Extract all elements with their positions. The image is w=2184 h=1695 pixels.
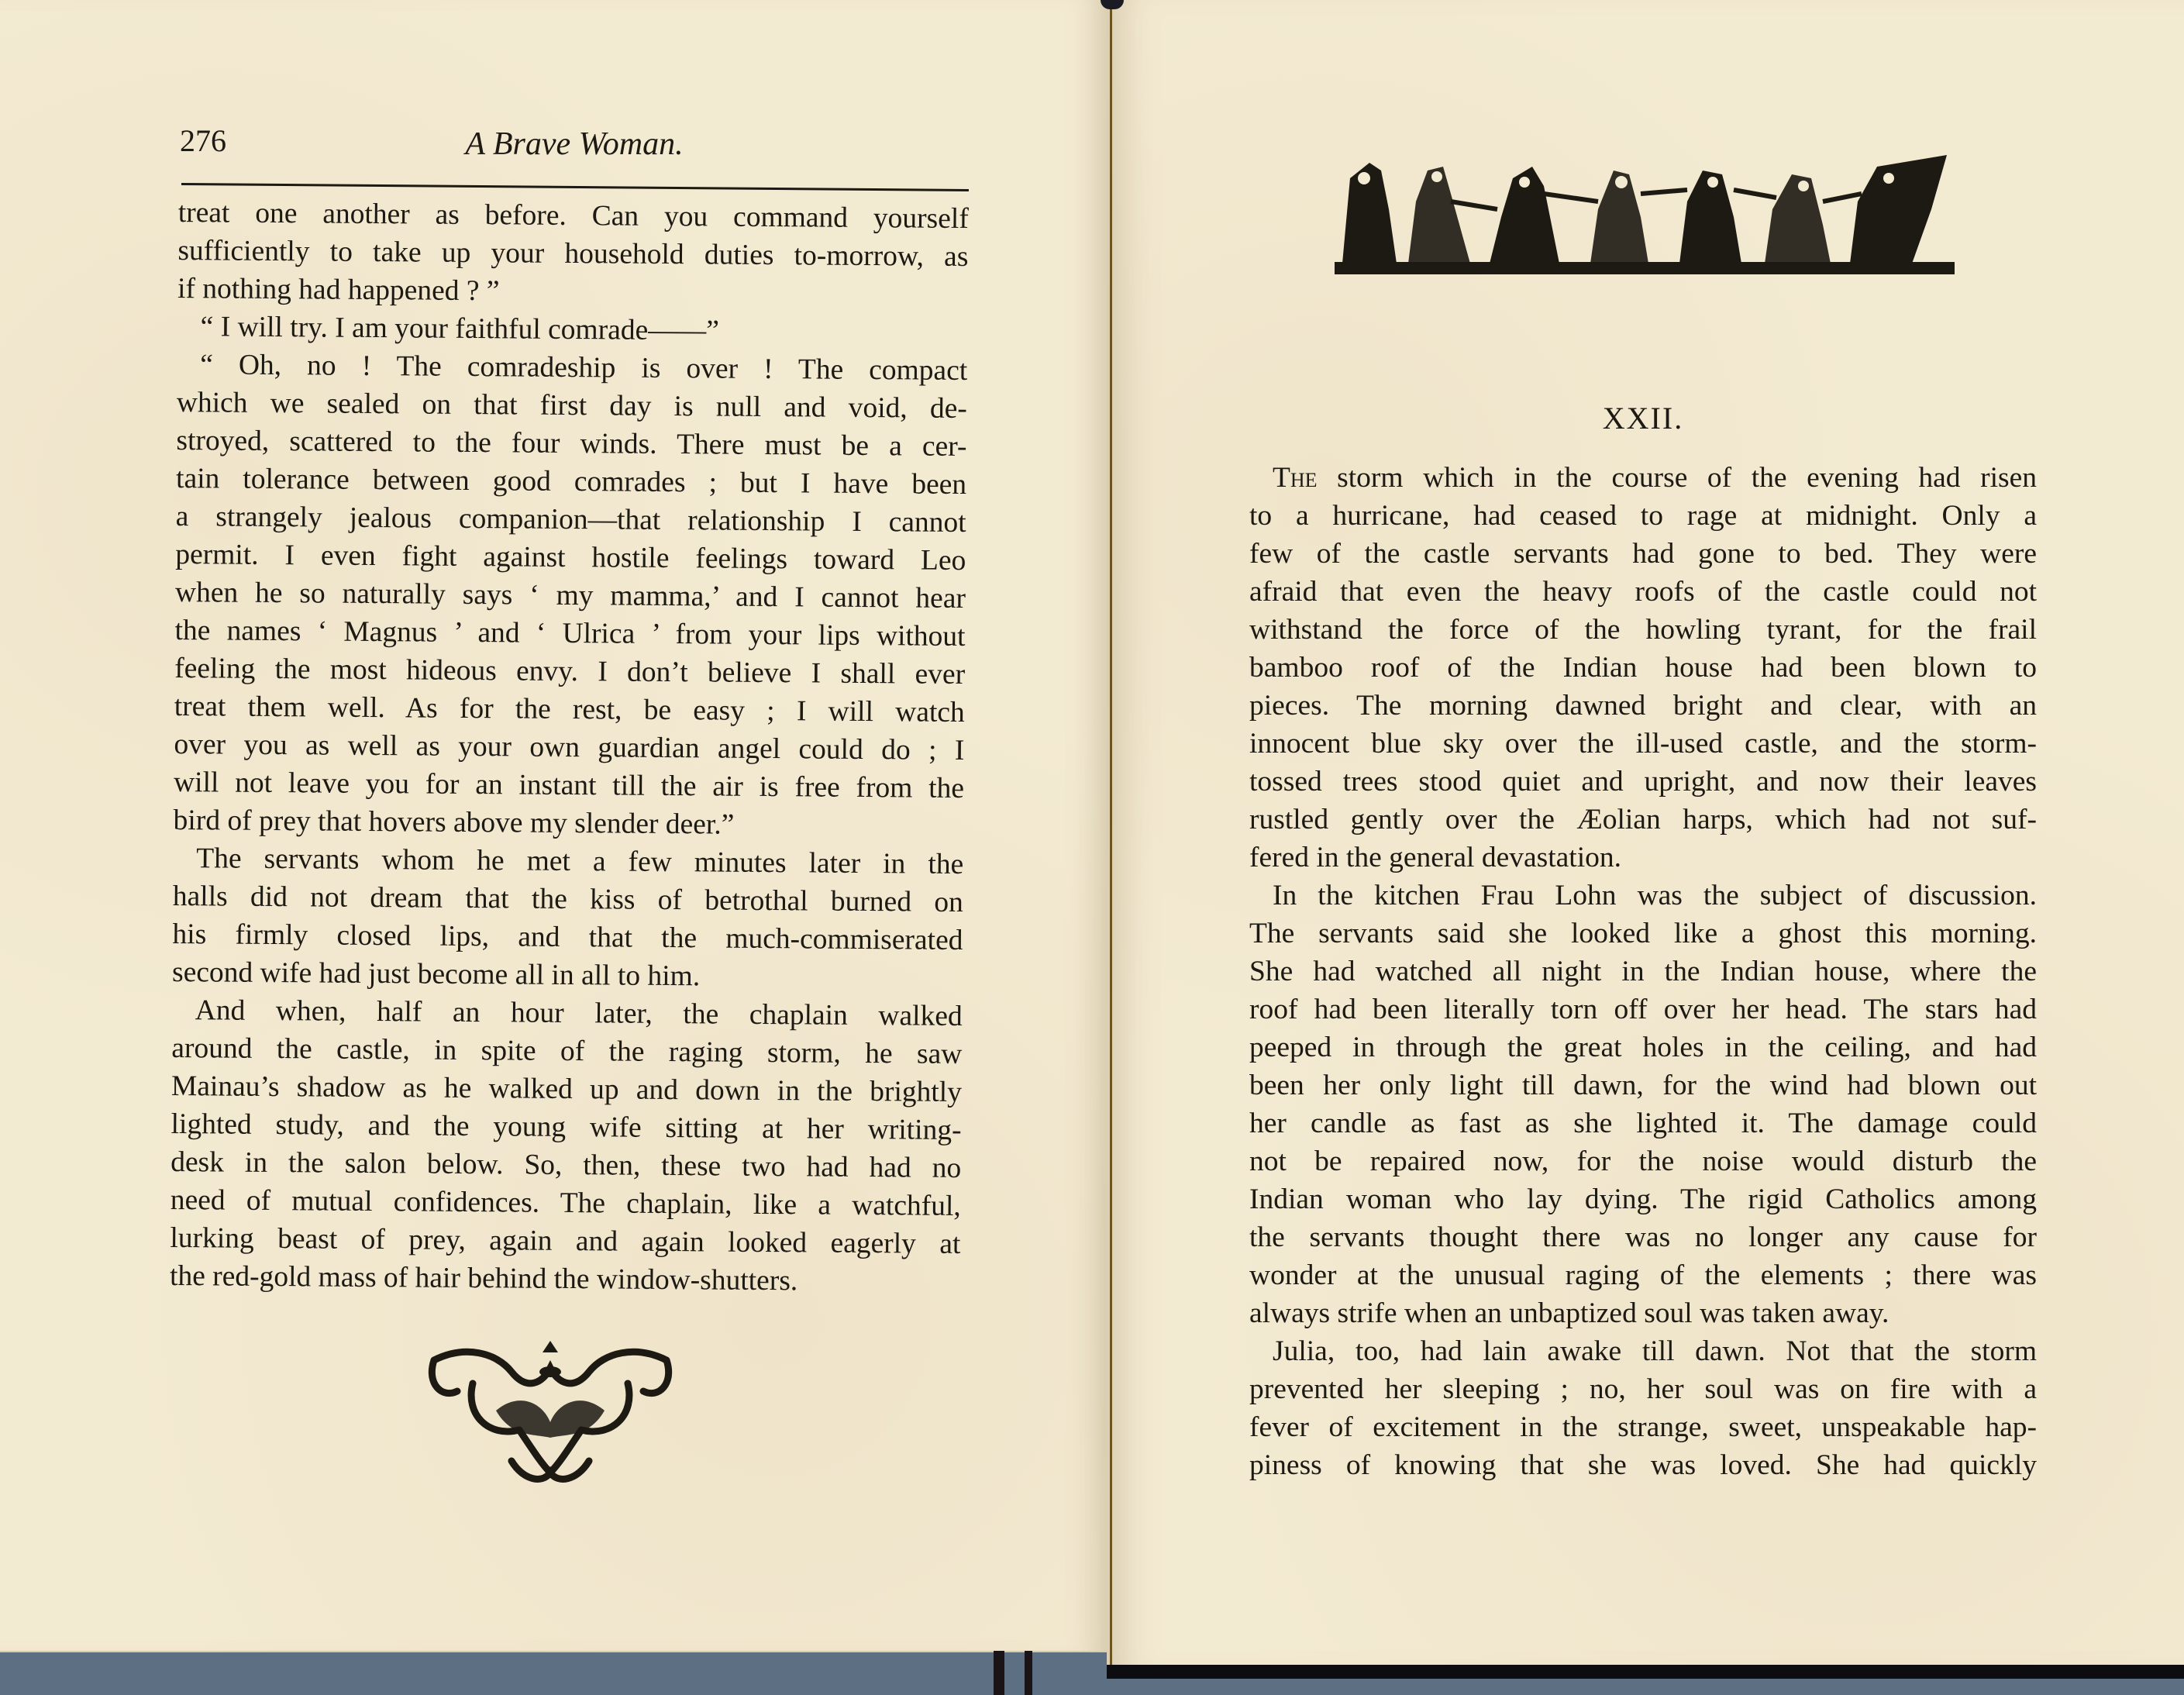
text-line: “ I will try. I am your faithful comrade… [177,308,967,352]
text-line: rustled gently over the Æolian harps, wh… [1249,801,2037,839]
text-line: bird of prey that hovers above my slende… [173,801,963,846]
text-line: his firmly closed lips, and that the muc… [172,915,963,959]
text-line: The storm which in the course of the eve… [1249,459,2037,497]
text-line: been her only light till dawn, for the w… [1249,1066,2037,1104]
text-line: her candle as fast as she lighted it. Th… [1249,1104,2037,1142]
text-line: around the castle, in spite of the ragin… [171,1029,962,1073]
text-line: tain tolerance between good comrades ; b… [176,460,966,504]
running-head: 276 A Brave Woman. [180,122,969,169]
text-line: fever of excitement in the strange, swee… [1249,1408,2037,1446]
text-line: peeped in through the great holes in the… [1249,1028,2037,1066]
chapter-title: XXII. [1249,400,2037,436]
text-line: need of mutual confidences. The chaplain… [171,1181,961,1225]
text-line: sufficiently to take up your household d… [177,232,968,276]
text-line: halls did not dream that the kiss of bet… [173,877,963,922]
text-line: roof had been literally torn off over he… [1249,990,2037,1028]
text-line: the red-gold mass of hair behind the win… [170,1257,960,1301]
text-line: when he so naturally says ‘ my mamma,’ a… [175,574,966,618]
opening-smallcaps: The [1273,462,1318,494]
text-line: the servants thought there was no longer… [1249,1218,2037,1256]
text-line: the names ‘ Magnus ’ and ‘ Ulrica ’ from… [174,612,965,656]
text-line: Julia, too, had lain awake till dawn. No… [1249,1332,2037,1370]
text-line: wonder at the unusual raging of the elem… [1249,1256,2037,1294]
text-line: treat them well. As for the rest, be eas… [174,687,965,732]
book-gutter [1110,0,1112,1666]
text-line: pieces. The morning dawned bright and cl… [1249,687,2037,725]
text-line: She had watched all night in the Indian … [1249,953,2037,990]
text-line: The servants whom he met a few minutes l… [173,839,963,884]
text-line: always strife when an unbaptized soul wa… [1249,1294,2037,1332]
running-title: A Brave Woman. [180,126,969,163]
text-line: a strangely jealous companion—that relat… [176,498,966,542]
text-line: afraid that even the heavy roofs of the … [1249,573,2037,611]
text-line: feeling the most hideous envy. I don’t b… [174,649,965,694]
text-line: permit. I even fight against hostile fee… [175,536,966,580]
text-line: withstand the force of the howling tyran… [1249,611,2037,649]
text-line: lurking beast of prey, again and again l… [170,1219,960,1263]
text-line: In the kitchen Frau Lohn was the subject… [1249,877,2037,915]
text-line: if nothing had happened ? ” [177,270,968,314]
text-line: bamboo roof of the Indian house had been… [1249,649,2037,687]
text-line: will not leave you for an instant till t… [174,763,964,808]
text-line: piness of knowing that she was loved. Sh… [1249,1446,2037,1484]
bookmark-ribbon [994,1651,1004,1695]
text-line: fered in the general devastation. [1249,839,2037,877]
text-line: stroyed, scattered to the four winds. Th… [176,422,966,466]
text-line: to a hurricane, had ceased to rage at mi… [1249,497,2037,535]
right-page-body: The storm which in the course of the eve… [1249,459,2037,1484]
text-line: desk in the salon below. So, then, these… [171,1143,961,1187]
left-page-body: treat one another as before. Can you com… [170,194,969,1301]
text-line: And when, half an hour later, the chapla… [172,991,963,1035]
text-line: treat one another as before. Can you com… [178,194,969,238]
text-line: tossed trees stood quiet and upright, an… [1249,763,2037,801]
text-line: The servants said she looked like a ghos… [1249,915,2037,953]
text-line: Indian woman who lay dying. The rigid Ca… [1249,1180,2037,1218]
text-line: over you as well as your own guardian an… [174,725,964,770]
text-line: few of the castle servants had gone to b… [1249,535,2037,573]
text-line: prevented her sleeping ; no, her soul wa… [1249,1370,2037,1408]
book-cover-edge [1107,1665,2184,1679]
woodcut-dancers-icon [1335,147,1955,279]
text-line: which we sealed on that first day is nul… [177,384,967,428]
tailpiece-ornament-icon [419,1337,682,1492]
text-line: second wife had just become all in all t… [172,953,963,997]
text-line: “ Oh, no ! The comradeship is over ! The… [177,346,967,390]
text-line: not be repaired now, for the noise would… [1249,1142,2037,1180]
text-line: innocent blue sky over the ill-used cast… [1249,725,2037,763]
text-line: Mainau’s shadow as he walked up and down… [171,1067,962,1111]
bookmark-ribbon [1025,1651,1032,1695]
text-line: lighted study, and the young wife sittin… [171,1105,961,1149]
